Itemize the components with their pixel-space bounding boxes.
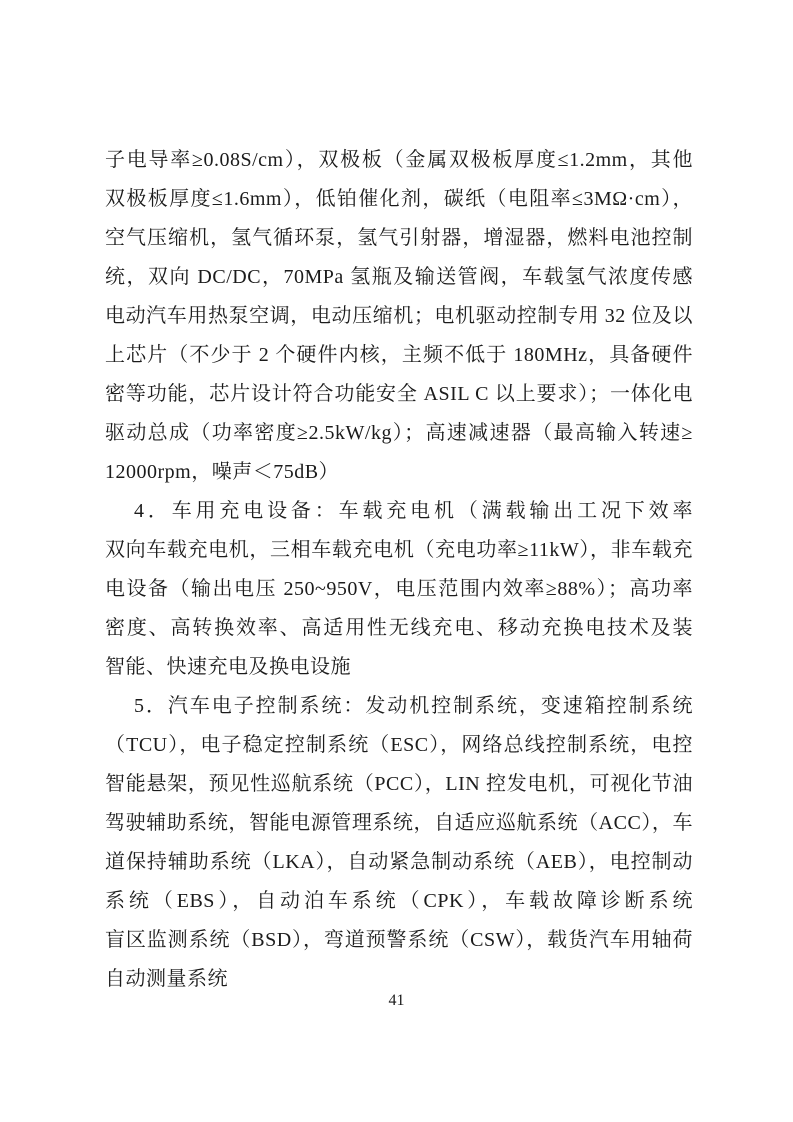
text-line: 密等功能，芯片设计符合功能安全 ASIL C 以上要求）；一体化电 xyxy=(105,375,693,414)
text-line: 智能悬架，预见性巡航系统（PCC），LIN 控发电机，可视化节油 xyxy=(105,765,693,804)
text-line: 上芯片（不少于 2 个硬件内核，主频不低于 180MHz，具备硬件加 xyxy=(105,336,693,375)
text-line: 智能、快速充电及换电设施 xyxy=(105,648,693,687)
document-page: 子电导率≥0.08S/cm），双极板（金属双极板厚度≤1.2mm，其他 双极板厚… xyxy=(0,0,793,1122)
text-line: 电动汽车用热泵空调，电动压缩机；电机驱动控制专用 32 位及以 xyxy=(105,297,693,336)
text-line: （TCU），电子稳定控制系统（ESC），网络总线控制系统，电控 xyxy=(105,726,693,765)
text-line: 双极板厚度≤1.6mm），低铂催化剂，碳纸（电阻率≤3MΩ·cm）， xyxy=(105,180,693,219)
text-line: 系统（EBS），自动泊车系统（CPK），车载故障诊断系统（OBD）， xyxy=(105,882,693,921)
text-line: 双向车载充电机，三相车载充电机（充电功率≥11kW），非车载充 xyxy=(105,531,693,570)
page-number: 41 xyxy=(0,992,793,1010)
text-line: 12000rpm，噪声＜75dB） xyxy=(105,453,693,492)
text-line: 电设备（输出电压 250~950V，电压范围内效率≥88%）；高功率 xyxy=(105,570,693,609)
text-line: 驾驶辅助系统，智能电源管理系统，自适应巡航系统（ACC），车 xyxy=(105,804,693,843)
text-line: 盲区监测系统（BSD），弯道预警系统（CSW），载货汽车用轴荷 xyxy=(105,921,693,960)
text-line: 统，双向 DC/DC，70MPa 氢瓶及输送管阀，车载氢气浓度传感器； xyxy=(105,258,693,297)
text-line: 空气压缩机，氢气循环泵，氢气引射器，增湿器，燃料电池控制系 xyxy=(105,219,693,258)
paragraph-5-first-line: 5．汽车电子控制系统：发动机控制系统，变速箱控制系统 xyxy=(105,687,693,726)
text-line: 驱动总成（功率密度≥2.5kW/kg）；高速减速器（最高输入转速≥ xyxy=(105,414,693,453)
text-line: 密度、高转换效率、高适用性无线充电、移动充换电技术及装备， xyxy=(105,609,693,648)
document-text-body: 子电导率≥0.08S/cm），双极板（金属双极板厚度≤1.2mm，其他 双极板厚… xyxy=(105,141,693,999)
text-line: 道保持辅助系统（LKA），自动紧急制动系统（AEB），电控制动 xyxy=(105,843,693,882)
paragraph-4-first-line: 4．车用充电设备：车载充电机（满载输出工况下效率≥95%）， xyxy=(105,492,693,531)
text-line: 子电导率≥0.08S/cm），双极板（金属双极板厚度≤1.2mm，其他 xyxy=(105,141,693,180)
